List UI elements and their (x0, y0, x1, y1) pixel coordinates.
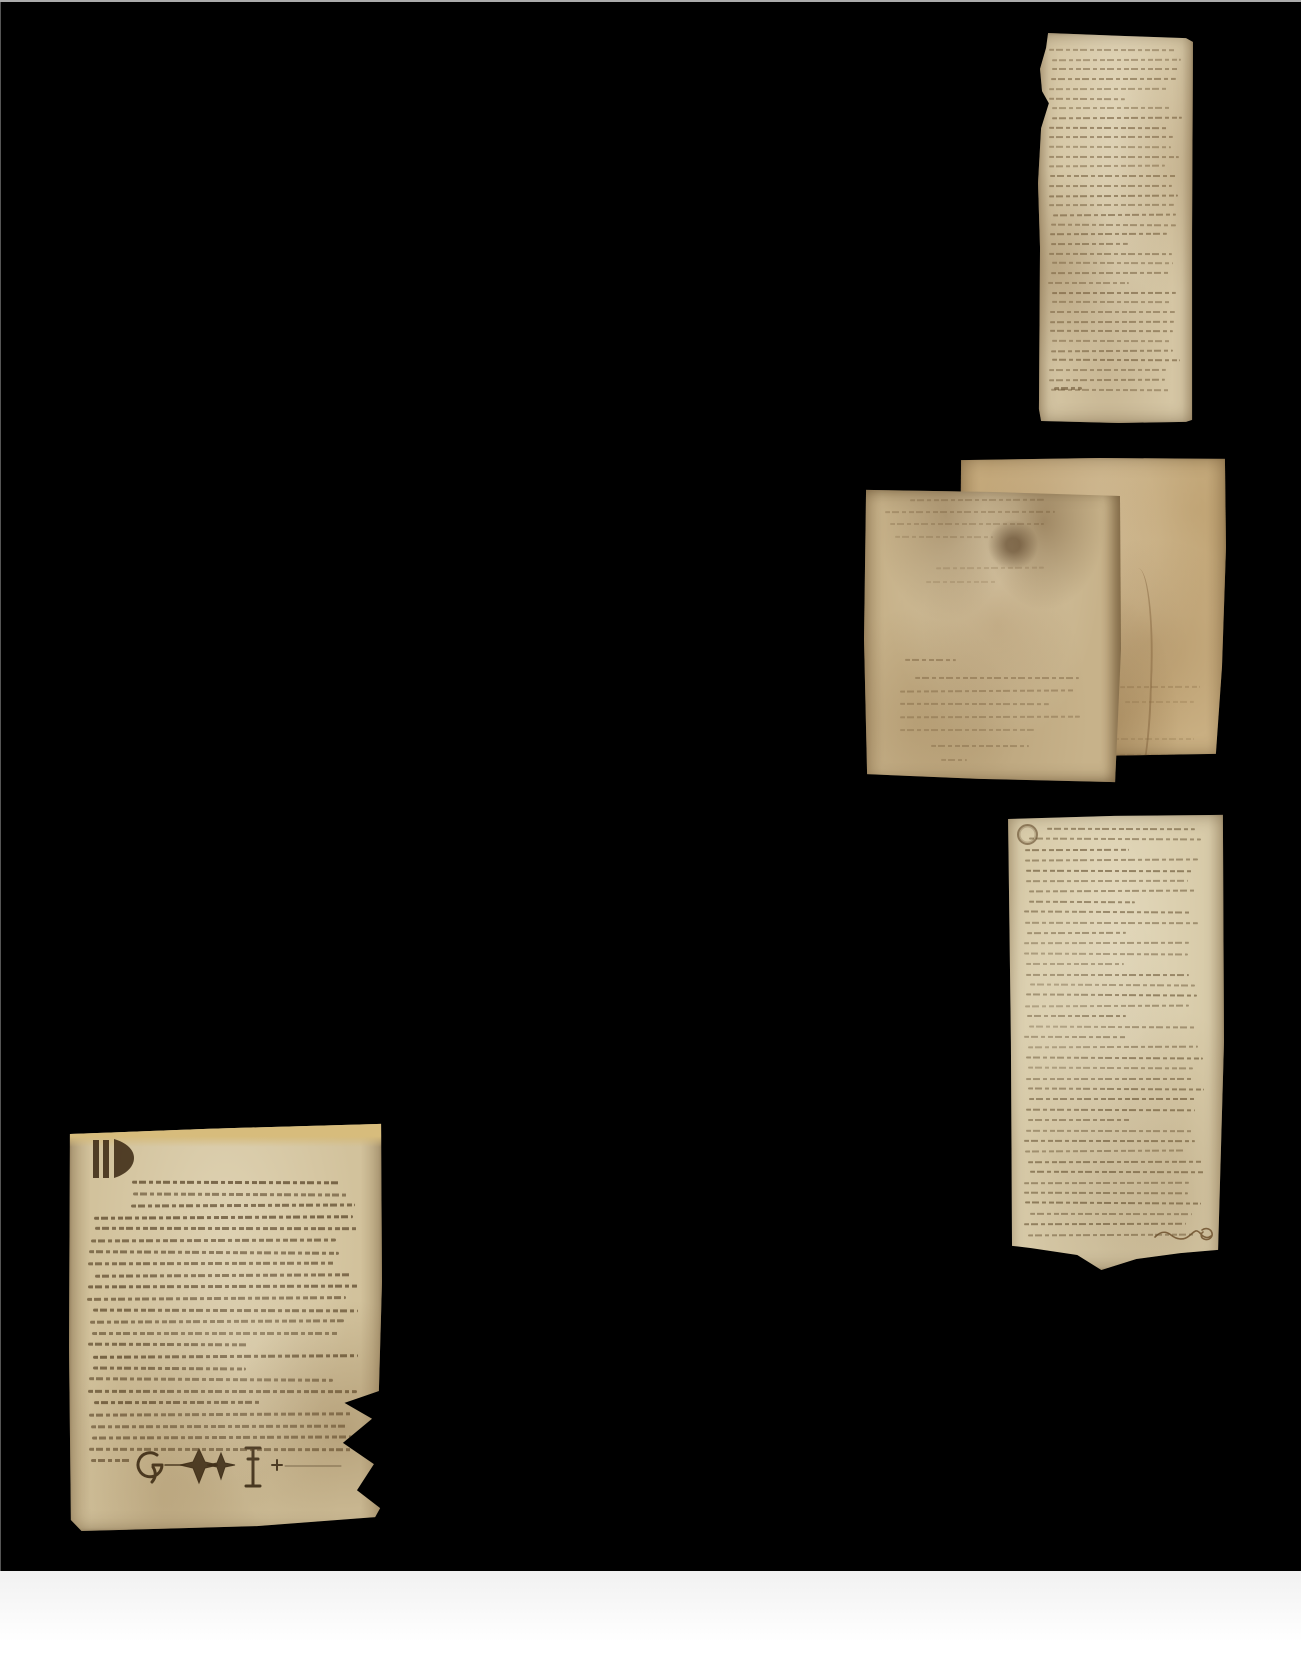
signature-flourish-icon (1153, 1220, 1217, 1248)
seal-ring-icon (1017, 824, 1038, 845)
archival-scan-page (0, 0, 1301, 1672)
initial-mark-icon (91, 1137, 137, 1181)
manuscript-leaf-right-tall (1005, 814, 1224, 1270)
scan-canvas (0, 2, 1301, 1571)
page-bottom-fade (0, 1571, 1301, 1672)
charter-bottom-left (69, 1123, 382, 1531)
manuscript-leaf-top-right (1038, 33, 1193, 423)
notary-signs-icon (129, 1443, 344, 1491)
parchment-middle-front (864, 489, 1121, 783)
